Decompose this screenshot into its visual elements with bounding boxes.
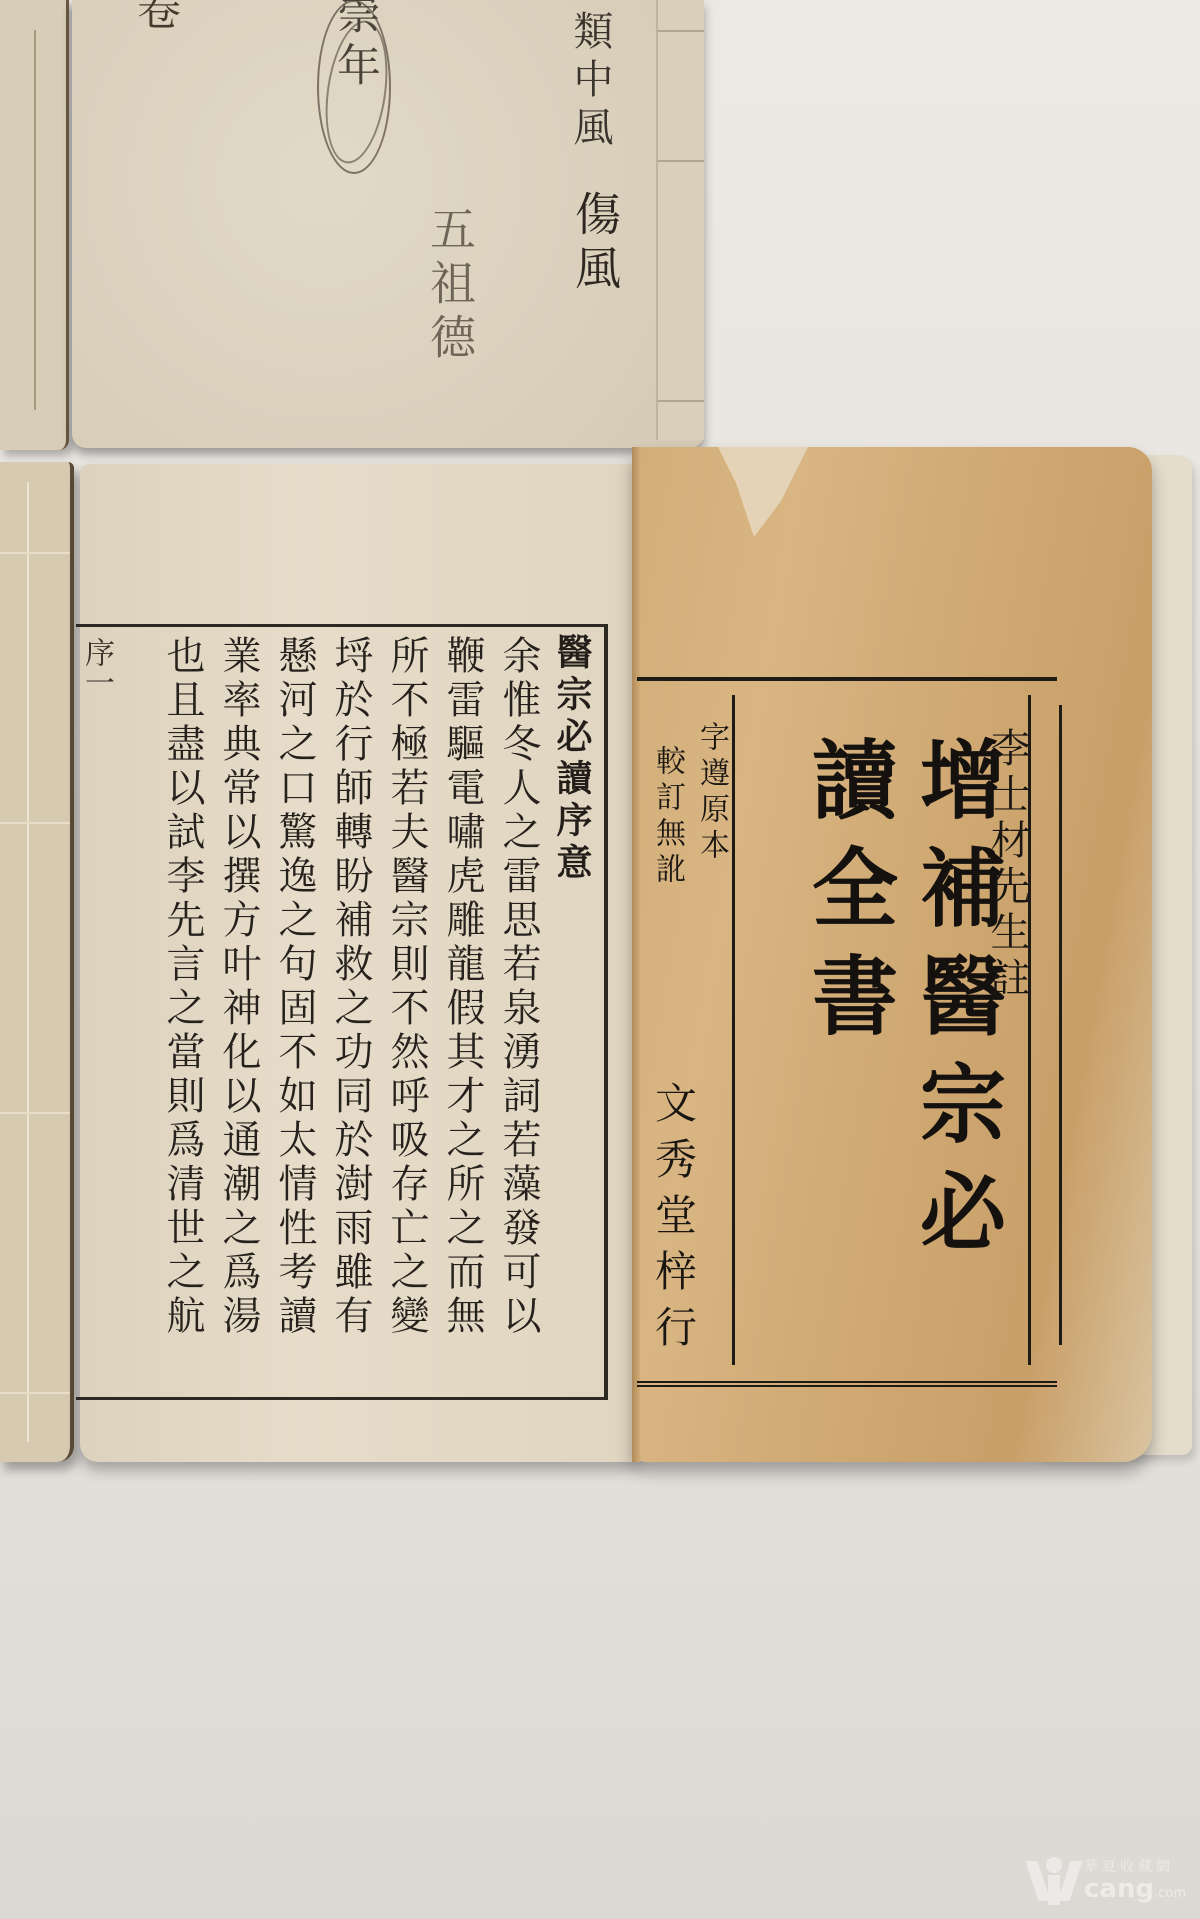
text-column: 所不極若夫醫宗則不然呼吸存亡之變 (380, 635, 432, 1395)
main-title-left: 讀全書 (785, 735, 909, 1059)
binding-thread (27, 482, 29, 1442)
binding-stitch (0, 1112, 70, 1114)
text-column: 業率典常以撰方叶神化以通潮之爲湯 (212, 635, 264, 1395)
paper-tear (718, 447, 808, 537)
text-column: 鞭雷驅電嘯虎雕龍假其才之所之而無 (436, 635, 488, 1395)
binding-stitch (658, 400, 704, 402)
book-edge-bottom-left (0, 462, 74, 1462)
binding-stitch (0, 552, 70, 554)
binding-thread (34, 30, 36, 410)
title-page-cover: 字遵原本 較訂無訛 文秀堂梓行 增補醫宗必 讀全書 李士材先生註 (632, 447, 1152, 1462)
crossed-out-note: 崇年 (322, 0, 386, 94)
book-cover-top: 卷 崇年 類中風 傷風 五祖德 (72, 0, 704, 448)
watermark: 華夏收藏網 cang.com (1032, 1856, 1186, 1907)
edition-note-2: 較訂無訛 (645, 745, 689, 889)
text-column: 懸河之口驚逸之句固不如太情性考讀 (268, 635, 320, 1395)
preface-text: 余惟冬人之雷思若泉湧詞若藻發可以 鞭雷驅電嘯虎雕龍假其才之所之而無 所不極若夫醫… (156, 635, 544, 1395)
watermark-chinese: 華夏收藏網 (1084, 1856, 1186, 1876)
book-edge-top-left (0, 0, 69, 450)
binding-stitch (0, 1392, 70, 1394)
folio-marker: 序一 (74, 637, 118, 697)
frame-rule (1059, 705, 1062, 1345)
text-column: 余惟冬人之雷思若泉湧詞若藻發可以 (492, 635, 544, 1395)
edition-note-1: 字遵原本 (689, 721, 733, 865)
handwritten-note-1: 類中風 (562, 10, 619, 154)
text-column: 也且盡以試李先言之當則爲清世之航 (156, 635, 208, 1395)
watermark-latin: cang.com (1084, 1876, 1186, 1907)
cang-logo-icon (1032, 1857, 1076, 1907)
handwritten-note-3: 五祖德 (417, 205, 483, 367)
book-binding-strip (656, 0, 704, 440)
text-column: 埒於行師轉盼補救之功同於澍雨雖有 (324, 635, 376, 1395)
print-frame: 醫宗必讀序意 序一 余惟冬人之雷思若泉湧詞若藻發可以 鞭雷驅電嘯虎雕龍假其才之所… (76, 624, 608, 1400)
preface-title: 醫宗必讀序意 (547, 633, 598, 885)
title-frame: 字遵原本 較訂無訛 文秀堂梓行 增補醫宗必 讀全書 李士材先生註 (637, 677, 1057, 1387)
binding-stitch (658, 30, 704, 32)
binding-stitch (0, 822, 70, 824)
binding-stitch (658, 160, 704, 162)
volume-mark: 卷 (122, 0, 186, 38)
publisher: 文秀堂梓行 (643, 1081, 703, 1361)
author-line: 李士材先生註 (979, 727, 1036, 1003)
preface-page: 醫宗必讀序意 序一 余惟冬人之雷思若泉湧詞若藻發可以 鞭雷驅電嘯虎雕龍假其才之所… (80, 464, 640, 1462)
handwritten-note-2: 傷風 (562, 190, 628, 298)
